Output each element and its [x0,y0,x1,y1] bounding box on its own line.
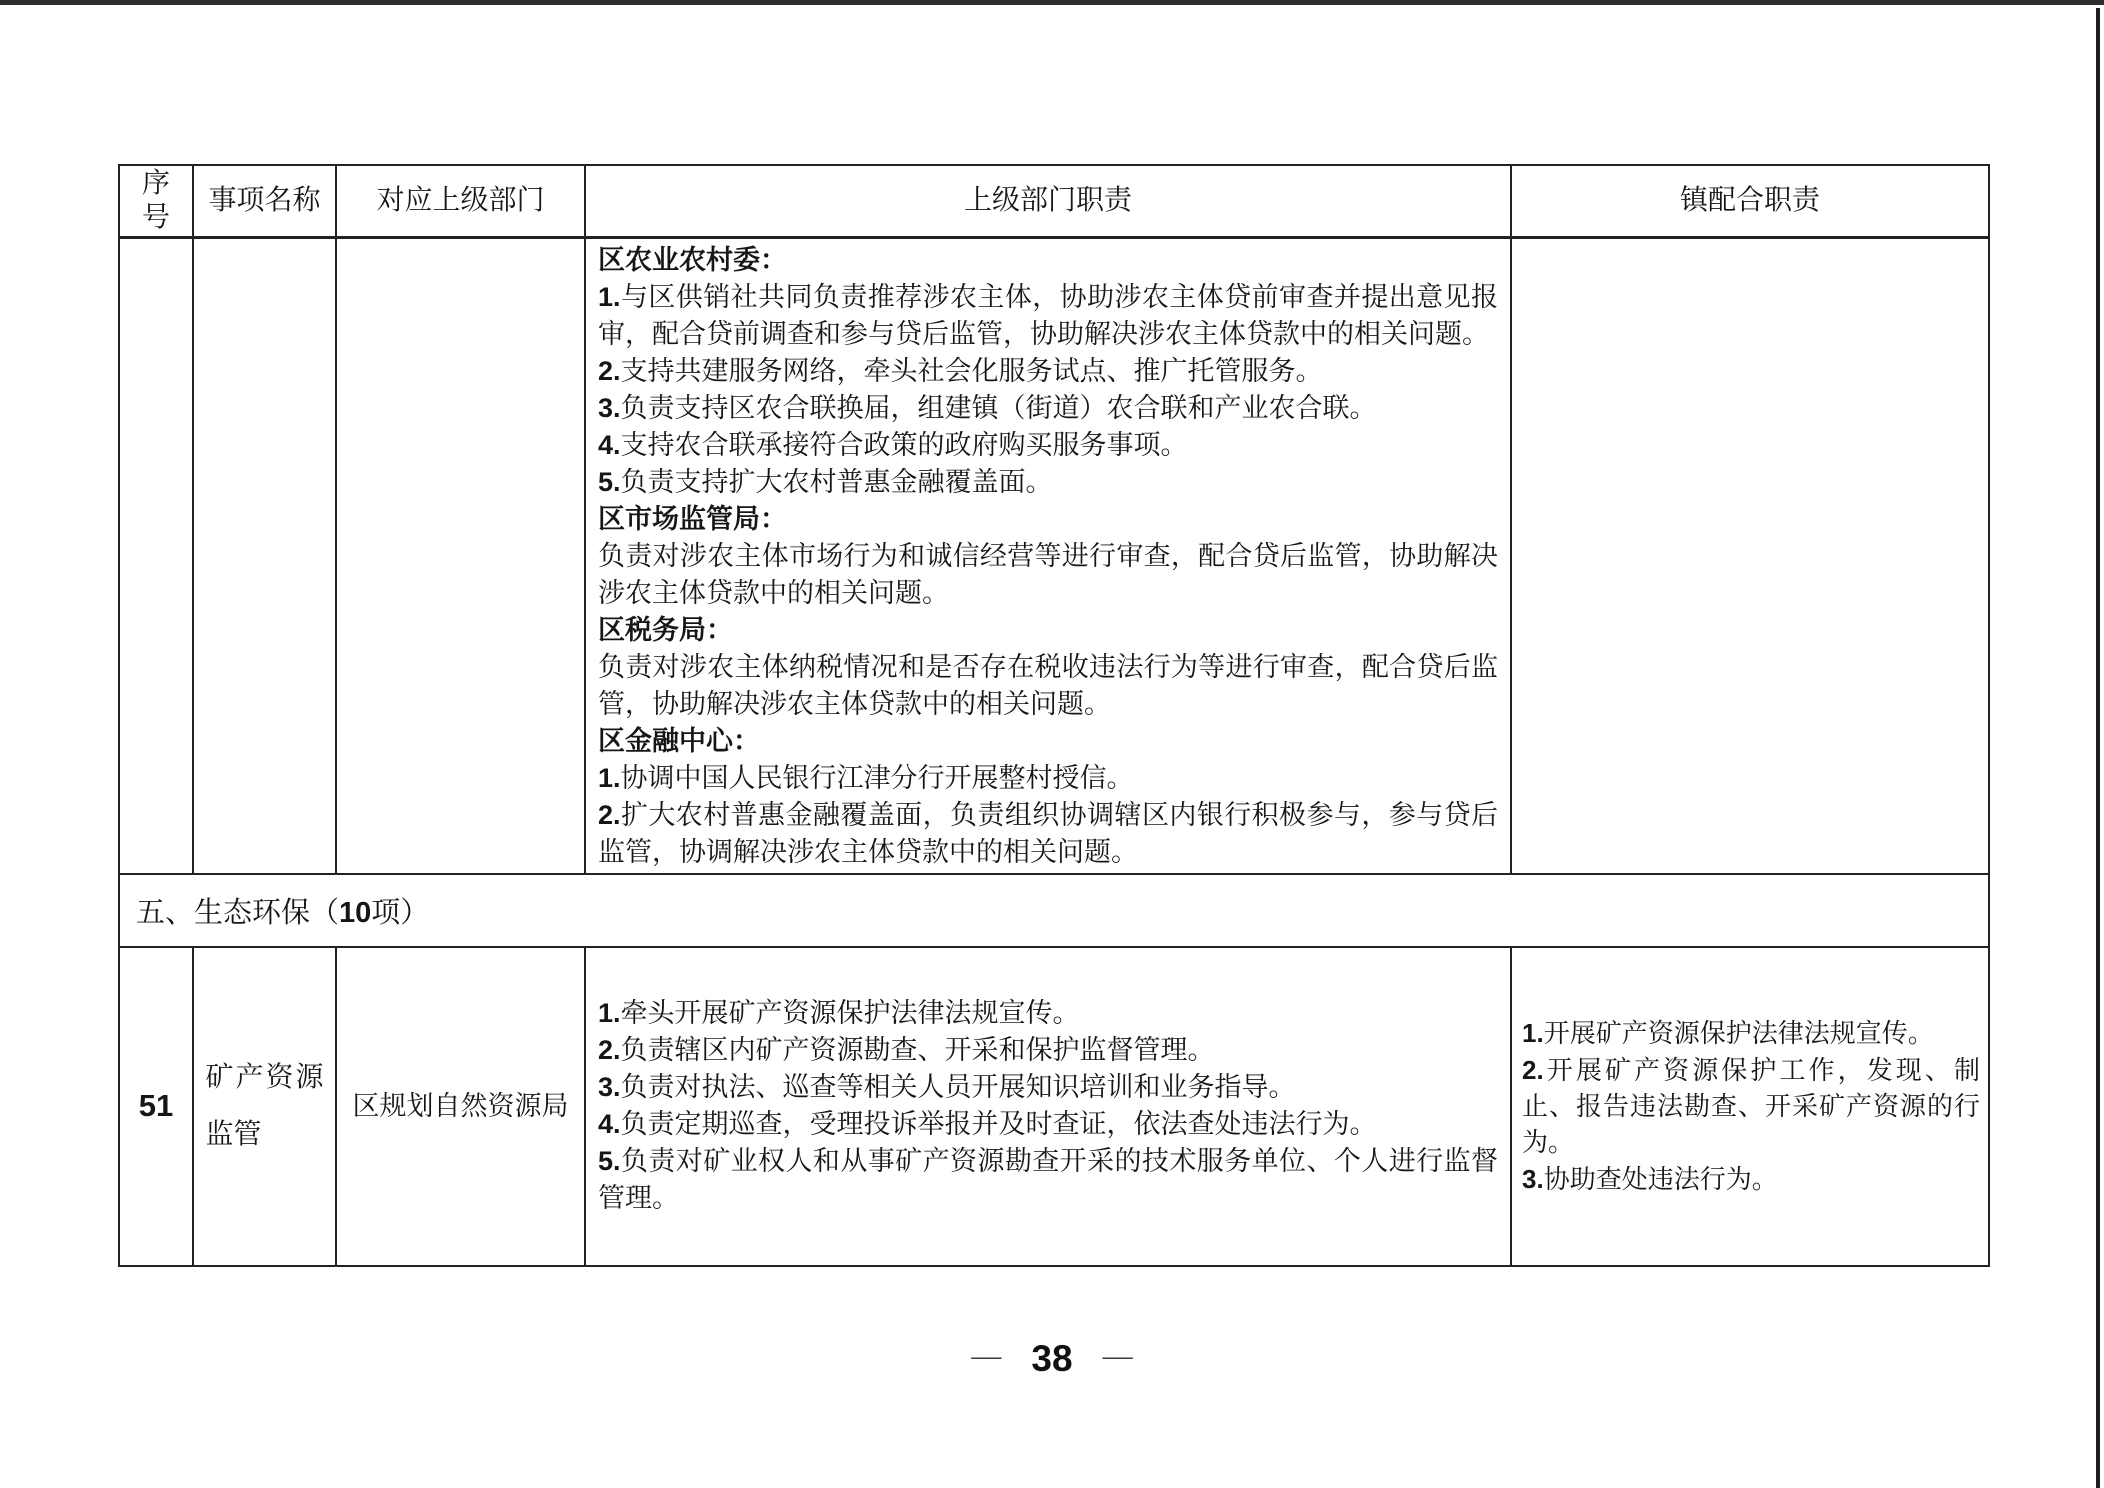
document-page: 序号 事项名称 对应上级部门 上级部门职责 镇配合职责 区农业农村委：1.与区供… [0,0,2104,1488]
duty-line: 2.负责辖区内矿产资源勘查、开采和保护监督管理。 [598,1032,1498,1069]
duty-line: 2.扩大农村普惠金融覆盖面，负责组织协调辖区内银行积极参与，参与贷后监管，协调解… [598,797,1498,871]
table-row-51: 51 矿产资源监管 区规划自然资源局 1.牵头开展矿产资源保护法律法规宣传。2.… [119,947,1989,1266]
header-superior-duties: 上级部门职责 [585,165,1511,237]
duty-line: 2.支持共建服务网络，牵头社会化服务试点、推广托管服务。 [598,353,1498,390]
duty-line: 4.支持农合联承接符合政策的政府购买服务事项。 [598,427,1498,464]
continuation-serial-cell [119,237,193,874]
duty-line: 1.与区供销社共同负责推荐涉农主体，协助涉农主体贷前审查并提出意见报审，配合贷前… [598,279,1498,353]
duty-line: 3.负责支持区农合联换届，组建镇（街道）农合联和产业农合联。 [598,390,1498,427]
row-town-duties-cell: 1.开展矿产资源保护法律法规宣传。2.开展矿产资源保护工作，发现、制止、报告违法… [1511,947,1989,1266]
page-number: 38 [1031,1338,1072,1379]
page-footer: — 38 — [0,1338,2104,1380]
header-town-duties: 镇配合职责 [1511,165,1989,237]
row-serial-number: 51 [139,1088,173,1123]
department-heading: 区金融中心： [598,723,1498,760]
duty-line: 2.开展矿产资源保护工作，发现、制止、报告违法勘查、开采矿产资源的行为。 [1522,1052,1980,1161]
continuation-superior-duties-cell: 区农业农村委：1.与区供销社共同负责推荐涉农主体，协助涉农主体贷前审查并提出意见… [585,237,1511,874]
duty-line: 5.负责支持扩大农村普惠金融覆盖面。 [598,464,1498,501]
row-superior-duties-cell: 1.牵头开展矿产资源保护法律法规宣传。2.负责辖区内矿产资源勘查、开采和保护监督… [585,947,1511,1266]
header-department: 对应上级部门 [336,165,585,237]
duty-line: 3.负责对执法、巡查等相关人员开展知识培训和业务指导。 [598,1069,1498,1106]
continuation-town-duties-cell [1511,237,1989,874]
continuation-item-cell [193,237,336,874]
duty-line: 1.牵头开展矿产资源保护法律法规宣传。 [598,995,1498,1032]
duty-line: 5.负责对矿业权人和从事矿产资源勘查开采的技术服务单位、个人进行监督管理。 [598,1143,1498,1217]
header-item: 事项名称 [193,165,336,237]
row-item-name: 矿产资源监管 [206,1049,324,1163]
department-heading: 区市场监管局： [598,501,1498,538]
duty-line: 4.负责定期巡查，受理投诉举报并及时查证，依法查处违法行为。 [598,1106,1498,1143]
department-heading: 区农业农村委： [598,242,1498,279]
department-heading: 区税务局： [598,612,1498,649]
header-serial-label: 序号 [140,167,172,235]
header-serial: 序号 [119,165,193,237]
duty-line: 1.开展矿产资源保护法律法规宣传。 [1522,1015,1980,1052]
duty-line: 负责对涉农主体市场行为和诚信经营等进行审查，配合贷后监管，协助解决涉农主体贷款中… [598,538,1498,612]
footer-dash-right: — [1103,1339,1133,1372]
scan-edge-right [2096,8,2100,1488]
section-title: 五、生态环保（10项） [136,897,429,929]
section-cell: 五、生态环保（10项） [119,874,1989,947]
row-item-cell: 矿产资源监管 [193,947,336,1266]
scan-edge-top [0,0,2104,5]
duties-table: 序号 事项名称 对应上级部门 上级部门职责 镇配合职责 区农业农村委：1.与区供… [118,164,1990,1267]
footer-dash-left: — [971,1339,1001,1372]
row-serial-cell: 51 [119,947,193,1266]
continuation-department-cell [336,237,585,874]
duty-line: 负责对涉农主体纳税情况和是否存在税收违法行为等进行审查，配合贷后监管，协助解决涉… [598,649,1498,723]
duty-line: 1.协调中国人民银行江津分行开展整村授信。 [598,760,1498,797]
row-department-cell: 区规划自然资源局 [336,947,585,1266]
continuation-row: 区农业农村委：1.与区供销社共同负责推荐涉农主体，协助涉农主体贷前审查并提出意见… [119,237,1989,874]
section-row: 五、生态环保（10项） [119,874,1989,947]
table-header-row: 序号 事项名称 对应上级部门 上级部门职责 镇配合职责 [119,165,1989,237]
duty-line: 3.协助查处违法行为。 [1522,1161,1980,1198]
